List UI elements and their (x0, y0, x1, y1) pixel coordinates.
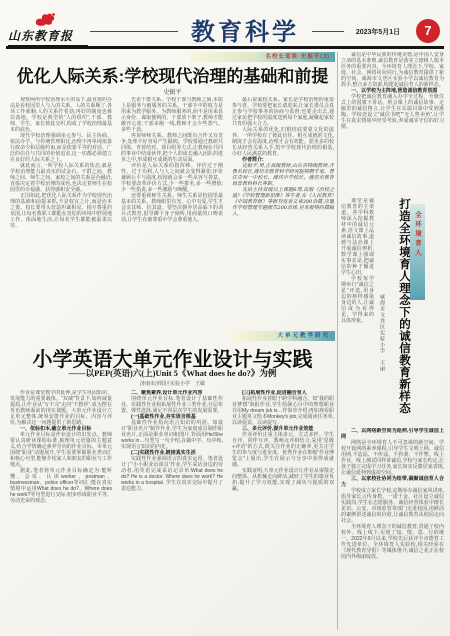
body-paragraph: 评价是人际关系的指挥棒。评价过于刚性、过于功利,人与人之间就会变得紧张;评价兼顾… (121, 163, 223, 193)
body-paragraph: 史振平,男,正高级教师,山东省特级教师,齐鲁名校长,潍坊市教育科学研究院特聘专家… (232, 163, 334, 187)
body-paragraph: 最后说家校关系。家长是学校治理的重要参与者。学校要把家长请进来,让家长委员会真正… (232, 97, 334, 127)
body-paragraph: 作业评价注重主体多元、方式多样。学生自评、同伴互评、教师点评相结合,采用“星级+… (232, 432, 334, 468)
masthead-logo-text: 山东教育报 (8, 27, 88, 47)
body-paragraph: 先后主持省级以上课题6项,出版《治校之道》《学校管理新思维》等专著,在《人民教育… (232, 187, 334, 217)
body-paragraph: 全环境育人理念下的诚信教育,贯通了校内校外、线上线下,实现了知、情、意、行的统一… (341, 524, 444, 560)
body-paragraph: 再说师师关系。教师之间既有合作又有竞争,处理不好容易产生隔阂。学校要通过教研共同… (121, 133, 223, 163)
masthead-logo-icon (34, 12, 56, 27)
column-banner-unit-teaching: 大单元教学研究 (233, 331, 335, 341)
newspaper-page: 山东教育报 教育科学 2023年5月1日 7 名校长笔谈·史振平(3) 优化人际… (0, 0, 450, 636)
article3-side-text: 课堂是诚信教育的主渠道。各学科教师深入挖掘教材中的诚信元素,语文课上品读诚信故事… (341, 198, 374, 424)
article2-column-1: 作业是课堂教学的延伸,是学生巩固知识、发展能力的重要载体。“双减”背景下,如何减… (10, 390, 112, 628)
issue-date: 2023年5月1日 (346, 27, 410, 37)
masthead-divider-rule (6, 46, 444, 49)
body-paragraph: 人际关系的优化,归根结底要靠文化的滋养。一所学校有了彼此信任、相互成就的文化,制… (232, 127, 334, 157)
article1-column-1: 观察两所学校治理水平的高下,最直观的办法是看校园里人与人的关系。人的关系顺了,各… (10, 97, 112, 327)
article3-vertical-byline: 威海市文登区实验小学 王丽 (379, 294, 386, 422)
section-heading: 三、以家校社协同为纽带,凝聚诚信育人合力 (341, 476, 444, 488)
article1-title: 优化人际关系:学校现代治理的基础和前提 (10, 62, 335, 87)
masthead-rule-right (312, 31, 344, 32)
column-banner-principal-forum: 名校长笔谈·史振平(3) (190, 52, 335, 62)
body-paragraph: 观察两所学校治理水平的高下,最直观的办法是看校园里人与人的关系。人的关系顺了,各… (10, 97, 112, 133)
masthead-rule-left (90, 31, 178, 32)
article2-column-3: (三)拓展性作业,促进融合育人拓展性作业着眼于跨学科融合。如“我的职业梦想”海报… (232, 390, 334, 628)
article3-bottom-text: 二、以网络新空间为延伸,引导学生诚信上网网络是全环境育人不可忽视的新空间。学校开… (341, 428, 444, 630)
article2-subtitle: ——以PEP(英语)六(上)Unit 5《What does he do?》为例 (10, 367, 335, 379)
body-paragraph: 作业是课堂教学的延伸,是学生巩固知识、发展能力的重要载体。“双减”背景下,如何减… (10, 390, 112, 426)
section-title: 教育科学 (180, 12, 310, 47)
body-paragraph: 学校每学期举行“诚信之星”评选,用身边的榜样感染身边的人,让诚信成为看得见、学得… (341, 276, 374, 324)
body-paragraph: 学校把诚信教育融入办学全过程。升旗仪式上的国旗下讲话、班会课上的诚信故事、走廊里… (341, 94, 444, 130)
masthead-logo: 山东教育报 (8, 12, 88, 47)
body-paragraph: 围绕单元作业目标,笔者设计了基础性作业、实践性作业和拓展性作业三类作业,分层布置… (121, 396, 223, 414)
body-paragraph: 网络是全环境育人不可忽视的新空间。学校开设网络素养课程,引导学生文明上网、诚信用… (341, 440, 444, 476)
section-heading: 二、以网络新空间为延伸,引导学生诚信上网 (341, 428, 444, 440)
body-paragraph: 单元作业目标是作业设计的出发点。教师要认真研读课程标准,梳理单元语篇的主题意义,… (10, 432, 112, 468)
body-paragraph: 课堂是诚信教育的主渠道。各学科教师深入挖掘教材中的诚信元素,语文课上品读诚信故事… (341, 198, 374, 276)
article1-author: 史振平 (10, 87, 335, 96)
body-paragraph: 还要重视师生关系。师生关系是校园里最基本的关系。教师眼里有光、心中有爱,学生才会… (121, 193, 223, 223)
body-paragraph: 正因如此,把优化人际关系作为学校现代治理的基础和前提来抓,不是权宜之计,而是治本… (10, 193, 112, 229)
article1-column-2: 先说干群关系。学校干部与教师之间,本质上是服务与被服务的关系。干部手中的权力是用… (121, 97, 223, 327)
body-paragraph: 先说干群关系。学校干部与教师之间,本质上是服务与被服务的关系。干部手中的权力是用… (121, 97, 223, 133)
body-paragraph: 学校成立家长学校,定期举办诚信家风讲座,倡导家长言传身教、一诺千金。社区设立诚信… (341, 488, 444, 524)
body-paragraph: 实践性作业强调语言的真实运用。笔者设计了“小小职业访谈员”作业,学生采访身边的劳… (121, 456, 223, 492)
article2-column-2: 二、聚焦素养,设计单元作业内容围绕单元作业目标,笔者设计了基础性作业、实践性作业… (121, 390, 223, 628)
article2-byline: 济南市济阳区实验小学 王敏 (10, 380, 335, 387)
body-paragraph: 就此而言,一所学校人际关系的状态,就是学校治理能力最真实的试金石。干群之间、教师… (10, 163, 112, 193)
body-paragraph: 基础性作业指向语言知识的巩固。如设计“职业名片”制作作业,学生为家庭成员制作职业… (121, 420, 223, 450)
article3-vertical-title-block: 课堂是诚信教育的主渠道。各学科教师深入挖掘教材中的诚信元素,语文课上品读诚信故事… (341, 198, 444, 424)
body-paragraph: 现代学校治理强调多元参与、民主协商、依法办学。与传统管理相比,治理不再单纯依靠行… (10, 133, 112, 163)
article3-theme-badge: 全环境育人 (410, 204, 425, 300)
article1-column-3: 最后说家校关系。家长是学校治理的重要参与者。学校要把家长请进来,让家长委员会真正… (232, 97, 334, 327)
body-paragraph: 诚信是中华民族的传统美德,是中国人安身立命的基本准则,诚信教育是落实立德树人根本… (341, 52, 444, 88)
page-number-badge: 7 (416, 19, 440, 43)
body-paragraph: 实践证明,大单元作业设计让作业从零散走向整体、从机械走向鲜活,减轻了学生的课业负… (232, 468, 334, 492)
body-paragraph: 拓展性作业着眼于跨学科融合。如“我的职业梦想”海报作业,学生绘制心目中的理想职业… (232, 396, 334, 426)
body-paragraph: 据此,笔者将单元作业目标确定为:能听懂、会说、认读worker、postman、… (10, 468, 112, 504)
column-divider-line (337, 52, 338, 630)
article3-top-text: 诚信是中华民族的传统美德,是中国人安身立命的基本准则,诚信教育是落实立德树人根本… (341, 52, 444, 196)
